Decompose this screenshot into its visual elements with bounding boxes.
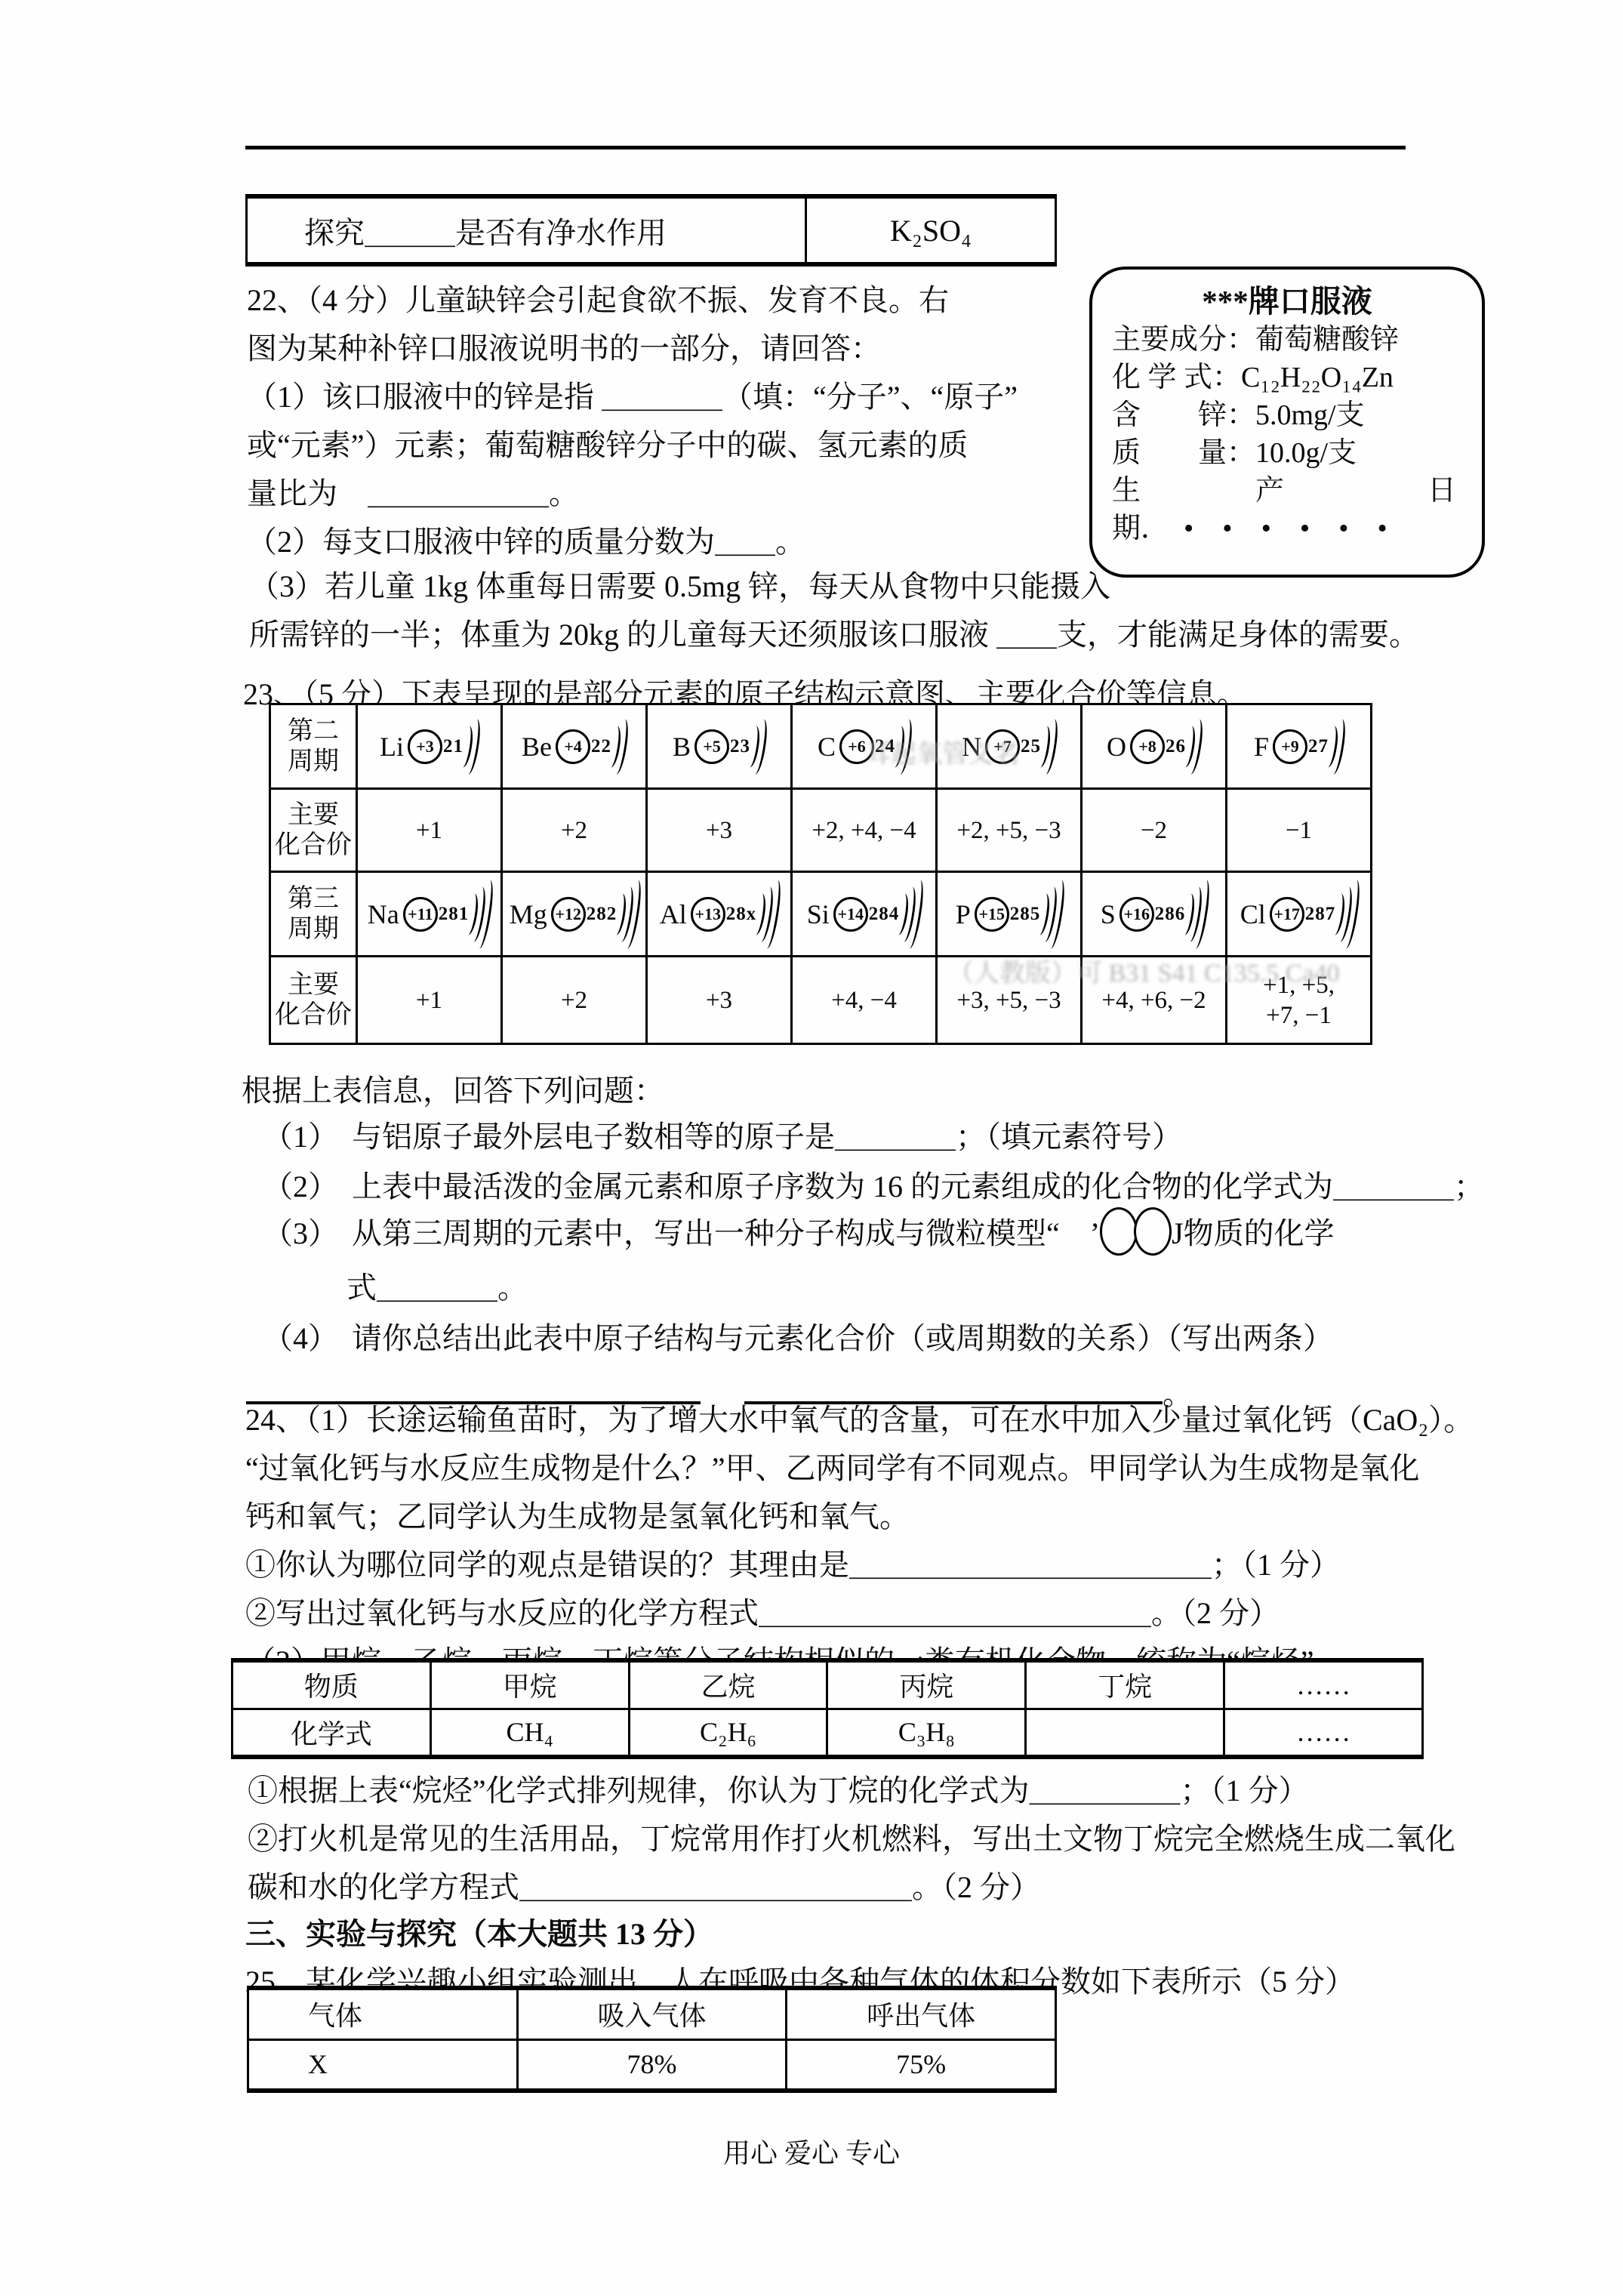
element-symbol: Si bbox=[807, 898, 830, 930]
section-3-heading: 三、实验与探究（本大题共 13 分） bbox=[245, 1910, 713, 1959]
molecule-model-circle bbox=[1134, 1207, 1172, 1256]
element-symbol: C bbox=[818, 731, 836, 763]
valence-cell: +1 bbox=[357, 789, 502, 872]
atom-structure-cell-Be: Be+422 bbox=[502, 704, 647, 789]
element-symbol: Cl bbox=[1240, 898, 1266, 930]
text-line: （3）若儿童 1kg 体重每日需要 0.5mg 锌，每天从食物中只能摄入 bbox=[249, 562, 1532, 611]
medicine-label-title: ***牌口服液 bbox=[1112, 282, 1462, 321]
atom-structure-cell-Cl: Cl+17287 bbox=[1227, 872, 1372, 957]
valence-cell: +4, +6, −2 bbox=[1082, 957, 1227, 1044]
atom-structure-cell-Li: Li+321 bbox=[357, 704, 502, 789]
valence-cell: +2, +5, −3 bbox=[937, 789, 1082, 872]
table-cell: 物质 bbox=[233, 1660, 431, 1709]
text-line: 含 锌：5.0mg/支 bbox=[1112, 396, 1462, 434]
question-24-after-text: ①根据上表“烷烃”化学式排列规律，你认为丁烷的化学式为＿＿＿＿＿；（1 分）②打… bbox=[248, 1767, 1546, 1912]
question-23-item-2: （2） 上表中最活泼的金属元素和原子序数为 16 的元素组成的化合物的化学式为＿… bbox=[263, 1163, 1484, 1211]
nucleus-charge: +5 bbox=[694, 729, 729, 764]
item-text: 请你总结出此表中原子结构与元素化合价（或周期数的关系）（写出两条） bbox=[352, 1314, 1333, 1363]
text-line: （2）每支口服液中锌的质量分数为＿＿。 bbox=[247, 518, 1092, 566]
valence-cell: −2 bbox=[1082, 789, 1227, 872]
purify-table-right-cell: K₂SO₄ bbox=[807, 199, 1055, 262]
table-cell: 化学式 bbox=[233, 1709, 431, 1757]
table-row: X78%75% bbox=[248, 2039, 1056, 2091]
table-cell: 丙烷 bbox=[827, 1660, 1026, 1709]
nucleus-charge: +11 bbox=[403, 897, 438, 932]
gas-table: 气体吸入气体呼出气体X78%75% bbox=[247, 1986, 1057, 2093]
table-cell: 乙烷 bbox=[629, 1660, 827, 1709]
text-line: 化 学 式：C₁₂H₂₂O₁₄Zn bbox=[1112, 359, 1462, 396]
medicine-label-box: ***牌口服液 主要成分：葡萄糖酸锌化 学 式：C₁₂H₂₂O₁₄Zn含 锌：5… bbox=[1089, 267, 1485, 578]
atom-structure-cell-Mg: Mg+12282 bbox=[502, 872, 647, 957]
text-line: 24、（1）长途运输鱼苗时，为了增大水中氧气的含量，可在水中加入少量过氧化钙（C… bbox=[245, 1396, 1544, 1444]
nucleus-charge: +15 bbox=[975, 897, 1009, 932]
atom-structure-cell-Al: Al+1328x bbox=[647, 872, 792, 957]
nucleus-charge: +6 bbox=[839, 729, 874, 764]
text-line: ②打火机是常见的生活用品，丁烷常用作打火机燃料，写出土文物丁烷完全燃烧生成二氧化 bbox=[248, 1815, 1546, 1863]
atom-structure-cell-P: P+15285 bbox=[937, 872, 1082, 957]
table-cell: X bbox=[248, 2039, 518, 2091]
molecule-model-circle bbox=[1100, 1207, 1138, 1256]
atom-structure-diagram: Al+1328x bbox=[648, 880, 790, 949]
row-header-cell: 主要 化合价 bbox=[270, 789, 357, 872]
atom-structure-cell-Si: Si+14284 bbox=[792, 872, 937, 957]
table-row: 化学式CH₄C₂H₆C₃H₈…… bbox=[233, 1709, 1423, 1757]
table-row: 主要 化合价+1+2+3+2, +4, −4+2, +5, −3−2−1 bbox=[270, 789, 1372, 872]
element-symbol: Mg bbox=[510, 898, 547, 930]
text-line: 所需锌的一半；体重为 20kg 的儿童每天还须服该口服液 ＿＿支，才能满足身体的… bbox=[249, 611, 1532, 659]
table-cell: 丁烷 bbox=[1026, 1660, 1224, 1709]
nucleus-charge: +4 bbox=[556, 729, 590, 764]
nucleus-charge: +9 bbox=[1273, 729, 1307, 764]
atom-structure-diagram: F+927 bbox=[1227, 719, 1370, 775]
question-24-text: 24、（1）长途运输鱼苗时，为了增大水中氧气的含量，可在水中加入少量过氧化钙（C… bbox=[245, 1396, 1544, 1686]
table-row: 主要 化合价+1+2+3+4, −4+3, +5, −3+4, +6, −2+1… bbox=[270, 957, 1372, 1044]
valence-cell: +3, +5, −3 bbox=[937, 957, 1082, 1044]
atom-structure-cell-F: F+927 bbox=[1227, 704, 1372, 789]
text-line: 碳和水的化学方程式＿＿＿＿＿＿＿＿＿＿＿＿＿。（2 分） bbox=[248, 1863, 1546, 1912]
atom-structure-diagram: P+15285 bbox=[938, 880, 1080, 949]
valence-cell: +3 bbox=[647, 957, 792, 1044]
valence-cell: +1, +5, +7, −1 bbox=[1227, 957, 1372, 1044]
table-cell: …… bbox=[1224, 1660, 1423, 1709]
text-line: “过氧化钙与水反应生成物是什么？”甲、乙两同学有不同观点。甲同学认为生成物是氧化 bbox=[245, 1444, 1544, 1493]
table-cell: 甲烷 bbox=[430, 1660, 629, 1709]
item-number: （2） bbox=[263, 1163, 352, 1211]
table-cell: …… bbox=[1224, 1709, 1423, 1757]
valence-cell: −1 bbox=[1227, 789, 1372, 872]
atom-structure-diagram: B+523 bbox=[648, 719, 790, 775]
atom-structure-diagram: Cl+17287 bbox=[1227, 880, 1370, 949]
row-header-cell: 主要 化合价 bbox=[270, 957, 357, 1044]
valence-cell: +2 bbox=[502, 789, 647, 872]
atom-structure-diagram: Mg+12282 bbox=[503, 880, 645, 949]
item-number: （1） bbox=[263, 1113, 352, 1161]
item-number: （3） bbox=[263, 1207, 352, 1261]
exam-page: 探究＿＿＿是否有净水作用 K₂SO₄ 22、（4 分）儿童缺锌会引起食欲不振、发… bbox=[0, 0, 1623, 2296]
table-cell: C₂H₆ bbox=[629, 1709, 827, 1757]
text-line: ①你认为哪位同学的观点是错误的？其理由是＿＿＿＿＿＿＿＿＿＿＿＿；（1 分） bbox=[245, 1541, 1544, 1589]
element-symbol: B bbox=[673, 731, 691, 763]
row-header-cell: 第二 周期 bbox=[270, 704, 357, 789]
purify-table-left-cell: 探究＿＿＿是否有净水作用 bbox=[248, 199, 807, 262]
atom-structure-cell-C: C+624 bbox=[792, 704, 937, 789]
table-cell: 78% bbox=[517, 2039, 787, 2091]
nucleus-charge: +3 bbox=[408, 729, 442, 764]
text-line: 主要成分：葡萄糖酸锌 bbox=[1112, 321, 1462, 359]
question-23-item-3: （3） 从第三周期的元素中，写出一种分子构成与微粒模型“ ’J物质的化学 bbox=[263, 1207, 1335, 1261]
text-line: （1）该口服液中的锌是指 ＿＿＿＿（填：“分子”、“原子” bbox=[247, 373, 1092, 421]
text-line: 钙和氧气；乙同学认为生成物是氢氧化钙和氧气。 bbox=[245, 1493, 1544, 1541]
page-footer: 用心 爱心 专心 bbox=[0, 2132, 1623, 2171]
element-symbol: Be bbox=[522, 731, 552, 763]
table-row: 第二 周期Li+321Be+422B+523C+624N+725O+826F+9… bbox=[270, 704, 1372, 789]
text-line: 图为某种补锌口服液说明书的一部分，请回答： bbox=[247, 325, 1092, 373]
table-cell: 呼出气体 bbox=[787, 1988, 1056, 2039]
question-22-text: 22、（4 分）儿童缺锌会引起食欲不振、发育不良。右图为某种补锌口服液说明书的一… bbox=[247, 276, 1092, 566]
table-cell: CH₄ bbox=[430, 1709, 629, 1757]
atom-structure-cell-N: N+725 bbox=[937, 704, 1082, 789]
element-symbol: Na bbox=[368, 898, 399, 930]
item-text: 与铝原子最外层电子数相等的原子是＿＿＿＿；（填元素符号） bbox=[352, 1113, 1182, 1161]
valence-cell: +3 bbox=[647, 789, 792, 872]
element-symbol: S bbox=[1101, 898, 1116, 930]
element-symbol: F bbox=[1254, 731, 1269, 763]
valence-cell: +2 bbox=[502, 957, 647, 1044]
item-text: 上表中最活泼的金属元素和原子序数为 16 的元素组成的化合物的化学式为＿＿＿＿； bbox=[352, 1163, 1484, 1211]
valence-cell: +1 bbox=[357, 957, 502, 1044]
question-22-part3: （3）若儿童 1kg 体重每日需要 0.5mg 锌，每天从食物中只能摄入所需锌的… bbox=[249, 562, 1532, 659]
row-header-cell: 第三 周期 bbox=[270, 872, 357, 957]
nucleus-charge: +13 bbox=[691, 897, 725, 932]
text-line: 期． • • • • • • bbox=[1112, 510, 1462, 547]
text-line: 22、（4 分）儿童缺锌会引起食欲不振、发育不良。右 bbox=[247, 276, 1092, 325]
valence-cell: +4, −4 bbox=[792, 957, 937, 1044]
top-rule bbox=[245, 146, 1406, 149]
table-cell bbox=[1026, 1709, 1224, 1757]
text-line: 或“元素”）元素；葡萄糖酸锌分子中的碳、氢元素的质 bbox=[247, 421, 1092, 470]
text-line: ②写出过氧化钙与水反应的化学方程式＿＿＿＿＿＿＿＿＿＿＿＿＿。（2 分） bbox=[245, 1589, 1544, 1638]
text-line: ①根据上表“烷烃”化学式排列规律，你认为丁烷的化学式为＿＿＿＿＿；（1 分） bbox=[248, 1767, 1546, 1815]
nucleus-charge: +17 bbox=[1270, 897, 1304, 932]
question-23-item-4: （4） 请你总结出此表中原子结构与元素化合价（或周期数的关系）（写出两条） bbox=[263, 1314, 1333, 1363]
atom-structure-cell-Na: Na+11281 bbox=[357, 872, 502, 957]
table-row: 物质甲烷乙烷丙烷丁烷…… bbox=[233, 1660, 1423, 1709]
atom-structure-diagram: S+16286 bbox=[1083, 880, 1225, 949]
question-23-item-1: （1） 与铝原子最外层电子数相等的原子是＿＿＿＿；（填元素符号） bbox=[263, 1113, 1182, 1161]
table-cell: 气体 bbox=[248, 1988, 518, 2039]
item-number: （4） bbox=[263, 1314, 352, 1363]
element-symbol: Al bbox=[660, 898, 687, 930]
table-row: 第三 周期Na+11281Mg+12282Al+1328xSi+14284P+1… bbox=[270, 872, 1372, 957]
table-cell: 吸入气体 bbox=[517, 1988, 787, 2039]
atom-structure-diagram: N+725 bbox=[938, 719, 1080, 775]
atom-structure-diagram: C+624 bbox=[793, 719, 935, 775]
atom-structure-diagram: Si+14284 bbox=[793, 880, 935, 949]
atom-structure-diagram: Be+422 bbox=[503, 719, 645, 775]
valence-cell: +2, +4, −4 bbox=[792, 789, 937, 872]
atom-structure-diagram: O+826 bbox=[1083, 719, 1225, 775]
question-23-item-3-line2: 式＿＿＿＿。 bbox=[346, 1264, 528, 1312]
item-text: 从第三周期的元素中，写出一种分子构成与微粒模型“ ’J物质的化学 bbox=[352, 1207, 1335, 1261]
question-23-intro: 根据上表信息，回答下列问题： bbox=[242, 1067, 664, 1115]
element-symbol: Li bbox=[380, 731, 404, 763]
text-line: 量比为 ＿＿＿＿＿＿。 bbox=[247, 470, 1092, 518]
nucleus-charge: +14 bbox=[833, 897, 868, 932]
atom-structure-cell-B: B+523 bbox=[647, 704, 792, 789]
purify-table: 探究＿＿＿是否有净水作用 K₂SO₄ bbox=[245, 194, 1057, 267]
nucleus-charge: +16 bbox=[1119, 897, 1154, 932]
table-cell: C₃H₈ bbox=[827, 1709, 1026, 1757]
nucleus-charge: +8 bbox=[1130, 729, 1165, 764]
nucleus-charge: +12 bbox=[551, 897, 586, 932]
element-symbol: N bbox=[962, 731, 981, 763]
element-table: 第二 周期Li+321Be+422B+523C+624N+725O+826F+9… bbox=[269, 703, 1372, 1045]
alkane-table: 物质甲烷乙烷丙烷丁烷……化学式CH₄C₂H₆C₃H₈…… bbox=[231, 1658, 1424, 1759]
table-cell: 75% bbox=[787, 2039, 1056, 2091]
atom-structure-cell-O: O+826 bbox=[1082, 704, 1227, 789]
atom-structure-diagram: Na+11281 bbox=[358, 880, 500, 949]
element-symbol: O bbox=[1107, 731, 1126, 763]
text-line: 质 量：10.0g/支 bbox=[1112, 434, 1462, 472]
atom-structure-cell-S: S+16286 bbox=[1082, 872, 1227, 957]
medicine-label-lines: 主要成分：葡萄糖酸锌化 学 式：C₁₂H₂₂O₁₄Zn含 锌：5.0mg/支质 … bbox=[1112, 321, 1462, 547]
atom-structure-diagram: Li+321 bbox=[358, 719, 500, 775]
nucleus-charge: +7 bbox=[985, 729, 1020, 764]
table-row: 气体吸入气体呼出气体 bbox=[248, 1988, 1056, 2039]
text-line: 生 产 日 bbox=[1112, 472, 1462, 510]
element-symbol: P bbox=[956, 898, 971, 930]
